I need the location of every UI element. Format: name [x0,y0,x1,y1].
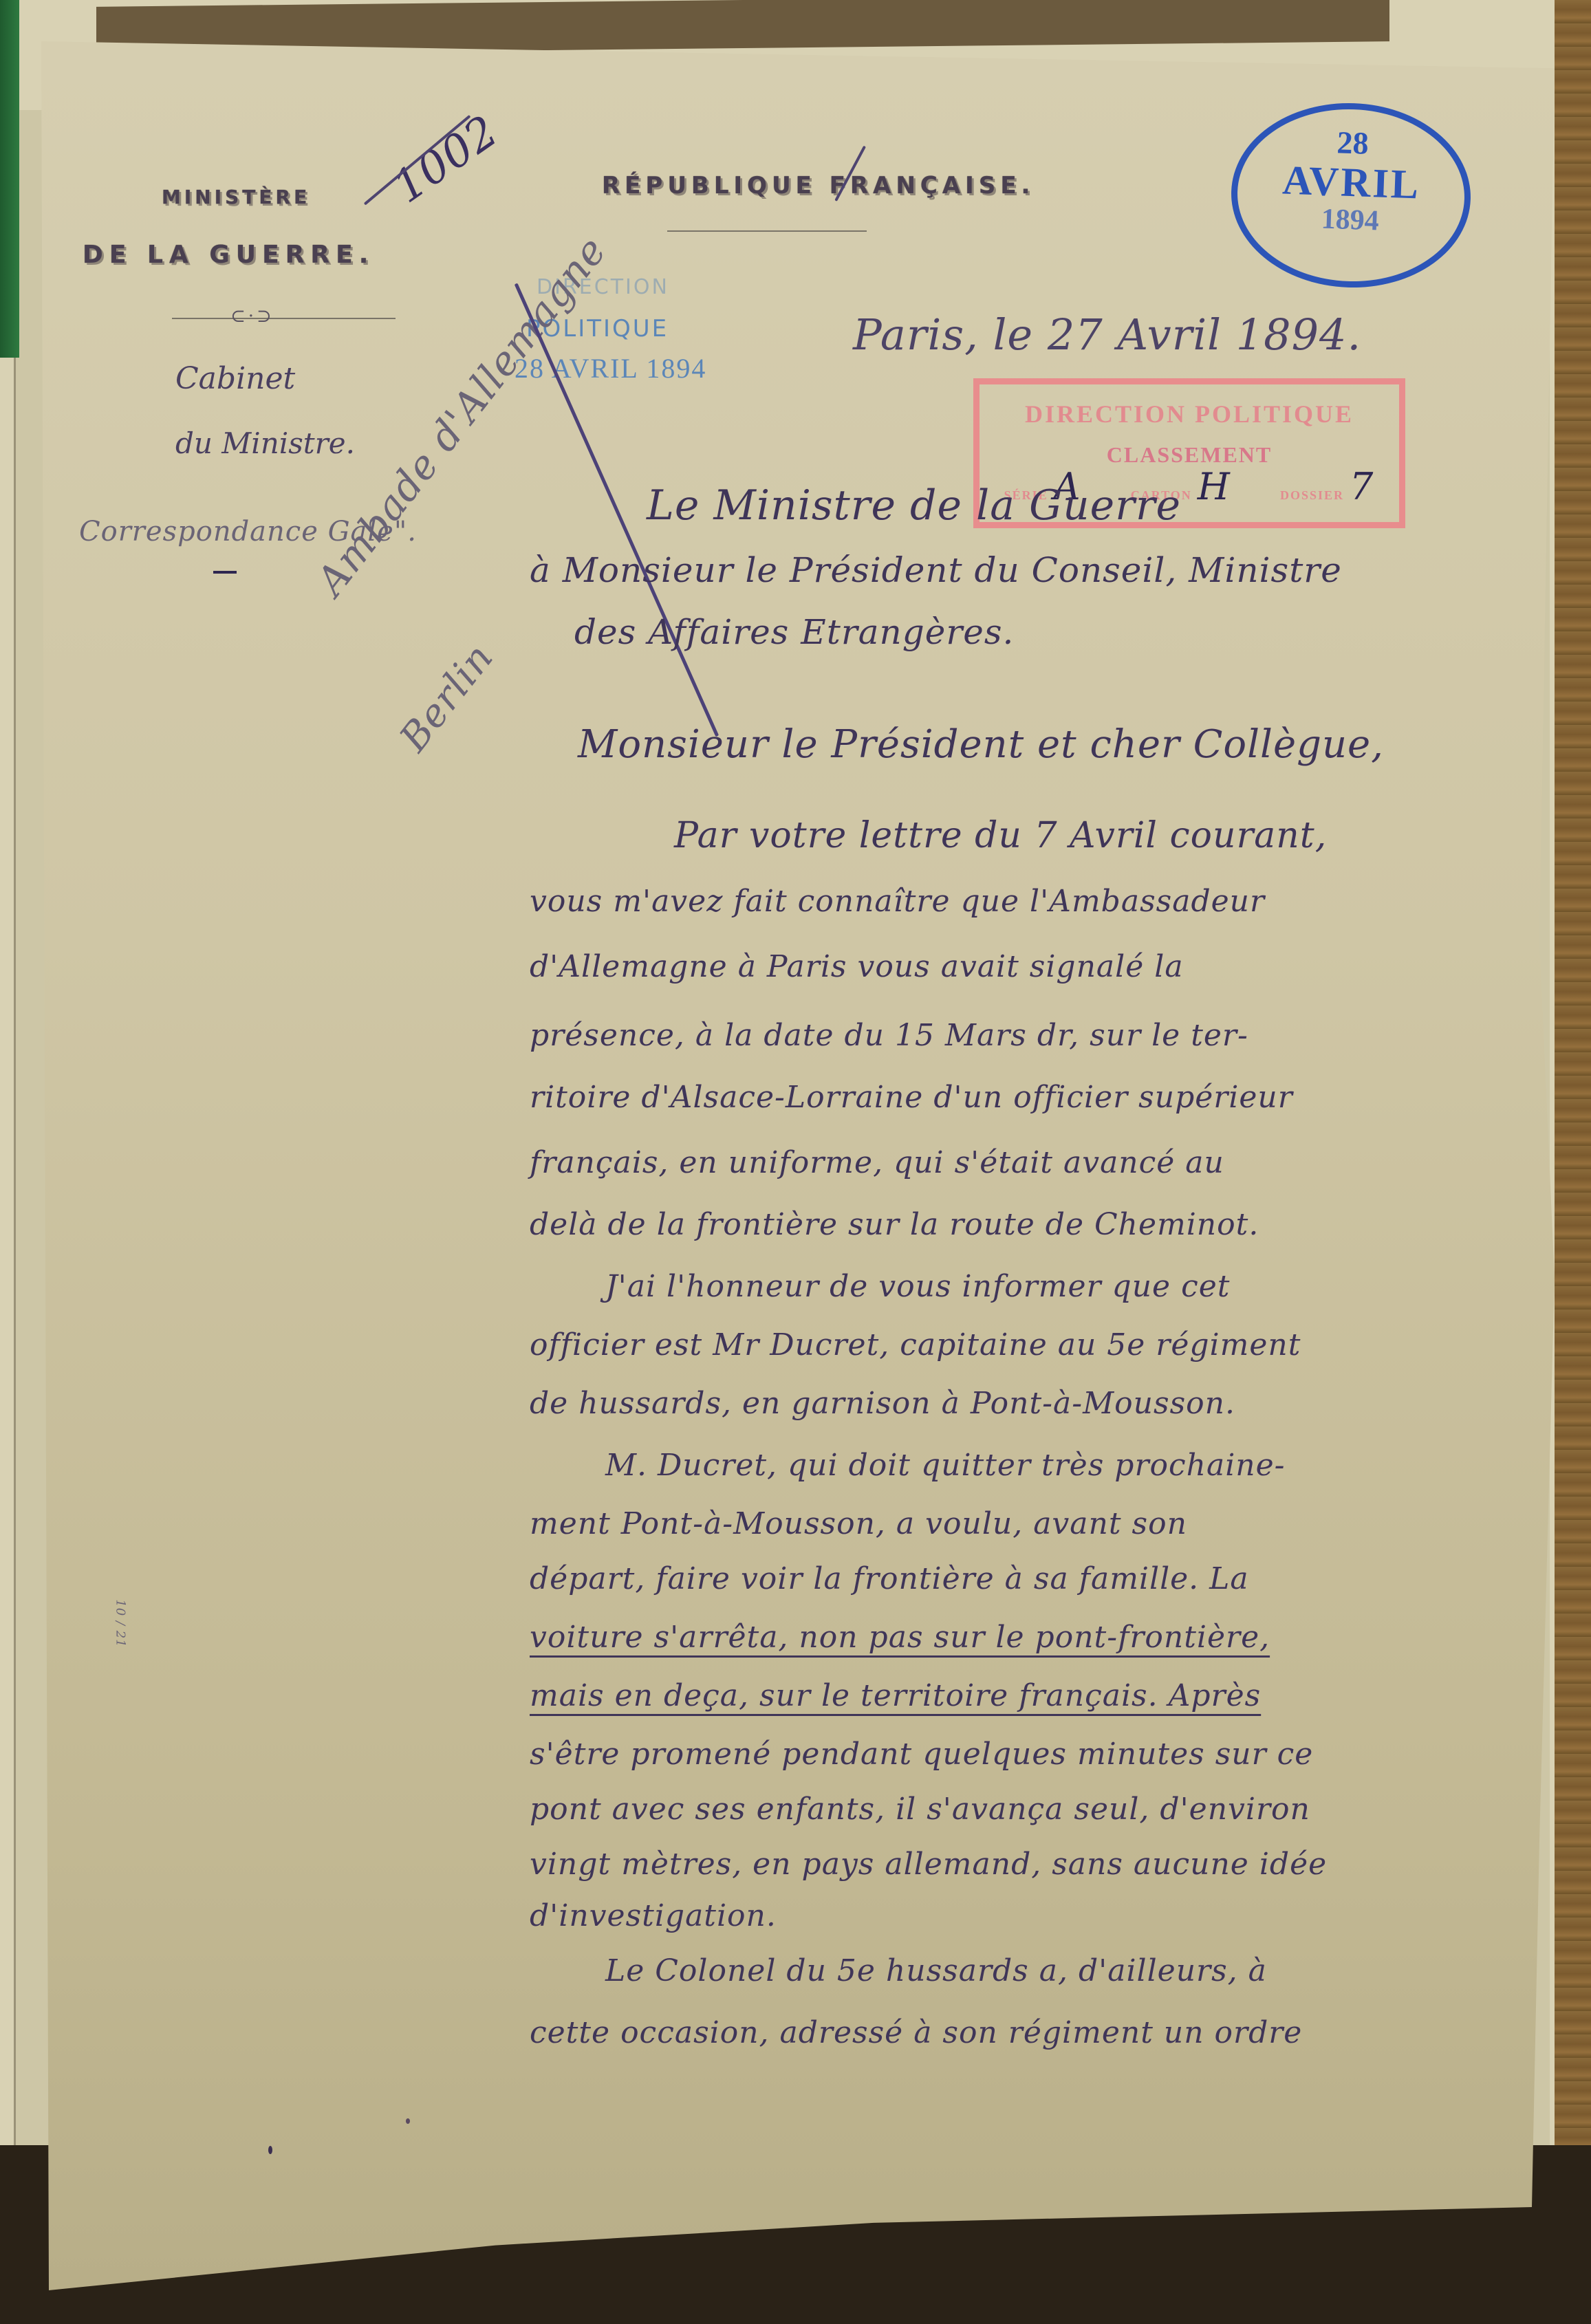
body-line-13: départ, faire voir la frontière à sa fam… [530,1561,1249,1596]
classement-field-dossier: DOSSIER7 [1280,465,1374,508]
body-line-14: voiture s'arrêta, non pas sur le pont-fr… [530,1620,1270,1655]
body-line-20: Le Colonel du 5e hussards a, d'ailleurs,… [605,1953,1267,1988]
body-line-21: cette occasion, adressé à son régiment u… [530,2015,1302,2050]
reference-number: 1002 [385,106,508,213]
sender-title: Le Ministre de la Guerre [647,481,1181,530]
ministry-label: MINISTÈRE [162,186,310,208]
body-line-4: présence, à la date du 15 Mars dr, sur l… [530,1018,1248,1053]
stamp-year: 1894 [1236,199,1464,240]
office-label: du Ministre. [175,426,355,460]
body-line-12: ment Pont-à-Mousson, a voulu, avant son [530,1506,1187,1541]
body-line-16: s'être promené pendant quelques minutes … [530,1737,1313,1772]
margin-note-embassy: Ambade d'Allemagne [307,228,615,604]
place-date: Paris, le 27 Avril 1894. [853,309,1361,360]
body-line-9: officier est Mr Ducret, capitaine au 5e … [530,1327,1301,1362]
addressee-line2: des Affaires Etrangères. [574,612,1014,652]
ink-speck [268,2146,272,2154]
body-line-6: français, en uniforme, qui s'était avanc… [530,1145,1224,1180]
body-line-3: d'Allemagne à Paris vous avait signalé l… [530,949,1184,984]
letter-page: MINISTÈRE DE LA GUERRE. ⊂·⊃ Cabinet du M… [41,41,1555,2290]
greeting: Monsieur le Président et cher Collègue, [578,722,1384,767]
section-underline [213,571,237,574]
left-edge-mark: 10 / 21 [113,1599,128,1647]
body-line-10: de hussards, en garnison à Pont-à-Mousso… [530,1386,1235,1421]
margin-note-berlin: Berlin [391,636,502,760]
body-line-2: vous m'avez fait connaître que l'Ambassa… [530,884,1265,919]
addressee-line1: à Monsieur le Président du Conseil, Mini… [530,550,1342,590]
cabinet-label: Cabinet [175,361,295,396]
header-rule [667,230,867,232]
stamp-month: AVRIL [1237,157,1466,207]
ornament-icon: ⊂·⊃ [230,306,274,327]
classement-title: DIRECTION POLITIQUE [980,400,1399,428]
green-binding-ribbon [0,0,19,358]
ink-speck [406,2118,410,2124]
body-line-7: delà de la frontière sur la route de Che… [530,1207,1259,1242]
body-line-18: vingt mètres, en pays allemand, sans auc… [530,1847,1327,1882]
ornament-rule-right [285,318,396,319]
body-line-11: M. Ducret, qui doit quitter très prochai… [605,1448,1286,1483]
republic-header: RÉPUBLIQUE FRANÇAISE. [602,172,1035,199]
body-line-1: Par votre lettre du 7 Avril courant, [674,815,1327,856]
body-line-19: d'investigation. [530,1898,777,1933]
classement-subtitle: CLASSEMENT [980,442,1399,468]
blue-stamp-date: 28 AVRIL 1894 [515,352,706,384]
body-line-15: mais en deça, sur le territoire français… [530,1678,1261,1713]
ministry-name: DE LA GUERRE. [83,241,374,269]
body-line-5: ritoire d'Alsace-Lorraine d'un officier … [530,1080,1293,1115]
body-line-8: J'ai l'honneur de vous informer que cet [605,1269,1230,1304]
received-date-stamp: 28 AVRIL 1894 [1228,99,1473,292]
body-line-17: pont avec ses enfants, il s'avança seul,… [530,1792,1310,1827]
